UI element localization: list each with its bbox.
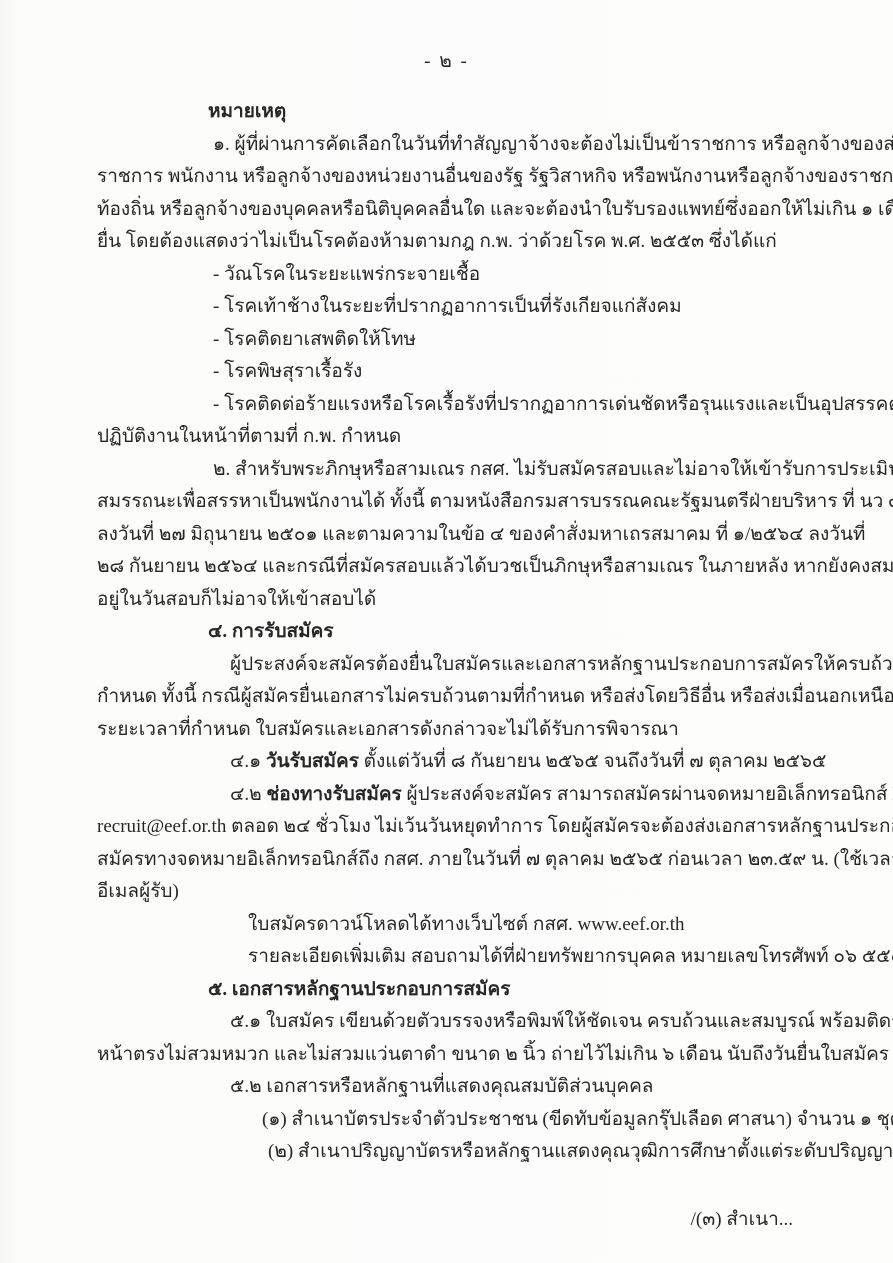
subsection-4-2-text: ผู้ประสงค์จะสมัคร สามารถสมัครผ่านจดหมายอ…	[407, 784, 893, 805]
document-list-item: (๑) สำเนาบัตรประจำตัวประชาชน (ขีดทับข้อม…	[97, 1104, 813, 1137]
subsection-5-2-line: ๕.๒ เอกสารหรือหลักฐานที่แสดงคุณสมบัติส่ว…	[97, 1071, 813, 1104]
section-5-heading: ๕. เอกสารหลักฐานประกอบการสมัคร	[97, 974, 813, 1007]
subsection-5-1-line: หน้าตรงไม่สวมหมวก และไม่สวมแว่นตาดำ ขนาด…	[97, 1039, 813, 1072]
section-4-intro-line: ผู้ประสงค์จะสมัครต้องยื่นใบสมัครและเอกสา…	[97, 649, 813, 682]
subsection-5-1-line: ๕.๑ ใบสมัคร เขียนด้วยตัวบรรจงหรือพิมพ์ให…	[97, 1006, 813, 1039]
note-item1-line: ท้องถิ่น หรือลูกจ้างของบุคคลหรือนิติบุคค…	[97, 194, 813, 227]
disease-list-item: - โรคติดต่อร้ายแรงหรือโรคเรื้อรังที่ปราก…	[97, 389, 813, 422]
subsection-4-2-number: ๔.๒	[230, 784, 262, 805]
document-page: - ๒ - หมายเหตุ ๑. ผู้ที่ผ่านการคัดเลือกใ…	[0, 0, 893, 1263]
page-number: - ๒ -	[0, 46, 893, 76]
continuation-marker: /(๓) สำเนา...	[691, 1204, 793, 1237]
note-item1-line: ๑. ผู้ที่ผ่านการคัดเลือกในวันที่ทำสัญญาจ…	[97, 129, 813, 162]
disease-list-item: - โรคเท้าช้างในระยะที่ปรากฏอาการเป็นที่ร…	[97, 291, 813, 324]
section-4-intro-line: ระยะเวลาที่กำหนด ใบสมัครและเอกสารดังกล่า…	[97, 714, 813, 747]
note-item2-line: อยู่ในวันสอบก็ไม่อาจให้เข้าสอบได้	[97, 584, 813, 617]
subsection-4-2-line: recruit@eef.or.th ตลอด ๒๔ ชั่วโมง ไม่เว้…	[97, 811, 813, 844]
subsection-4-2: ๔.๒ ช่องทางรับสมัคร ผู้ประสงค์จะสมัคร สา…	[97, 779, 813, 812]
subsection-4-1: ๔.๑ วันรับสมัคร ตั้งแต่วันที่ ๘ กันยายน …	[97, 746, 813, 779]
subsection-4-1-number: ๔.๑	[230, 751, 261, 772]
note-item2-line: ๒. สำหรับพระภิกษุหรือสามเณร กสศ. ไม่รับส…	[97, 454, 813, 487]
note-item2-line: สมรรถนะเพื่อสรรหาเป็นพนักงานได้ ทั้งนี้ …	[97, 486, 813, 519]
note-item1-line: ยื่น โดยต้องแสดงว่าไม่เป็นโรคต้องห้ามตาม…	[97, 226, 813, 259]
note-item1-tail: ปฏิบัติงานในหน้าที่ตามที่ ก.พ. กำหนด	[97, 421, 813, 454]
disease-list-item: - โรคติดยาเสพติดให้โทษ	[97, 324, 813, 357]
document-list-item: (๒) สำเนาปริญญาบัตรหรือหลักฐานแสดงคุณวุฒ…	[97, 1136, 813, 1169]
subsection-4-1-label: วันรับสมัคร	[266, 751, 359, 772]
subsection-4-2-line: สมัครทางจดหมายอิเล็กทรอนิกส์ถึง กสศ. ภาย…	[97, 844, 813, 877]
note-item2-line: ลงวันที่ ๒๗ มิถุนายน ๒๕๐๑ และตามความในข้…	[97, 519, 813, 552]
note-item1-line: ราชการ พนักงาน หรือลูกจ้างของหน่วยงานอื่…	[97, 161, 813, 194]
section-4-intro-line: กำหนด ทั้งนี้ กรณีผู้สมัครยื่นเอกสารไม่ค…	[97, 681, 813, 714]
download-info-line: ใบสมัครดาวน์โหลดได้ทางเว็บไซต์ กสศ. www.…	[97, 909, 813, 942]
subsection-4-2-label: ช่องทางรับสมัคร	[266, 784, 401, 805]
note-heading: หมายเหตุ	[97, 96, 813, 129]
section-4-heading: ๔. การรับสมัคร	[97, 616, 813, 649]
subsection-4-1-text: ตั้งแต่วันที่ ๘ กันยายน ๒๕๖๕ จนถึงวันที่…	[364, 751, 827, 772]
disease-list-item: - โรคพิษสุราเรื้อรัง	[97, 356, 813, 389]
subsection-4-2-line: อีเมลผู้รับ)	[97, 876, 813, 909]
document-body: หมายเหตุ ๑. ผู้ที่ผ่านการคัดเลือกในวันที…	[97, 96, 813, 1169]
disease-list-item: - วัณโรคในระยะแพร่กระจายเชื้อ	[97, 259, 813, 292]
note-item2-line: ๒๘ กันยายน ๒๕๖๔ และกรณีที่สมัครสอบแล้วได…	[97, 551, 813, 584]
contact-info-line: รายละเอียดเพิ่มเติม สอบถามได้ที่ฝ่ายทรัพ…	[97, 941, 813, 974]
